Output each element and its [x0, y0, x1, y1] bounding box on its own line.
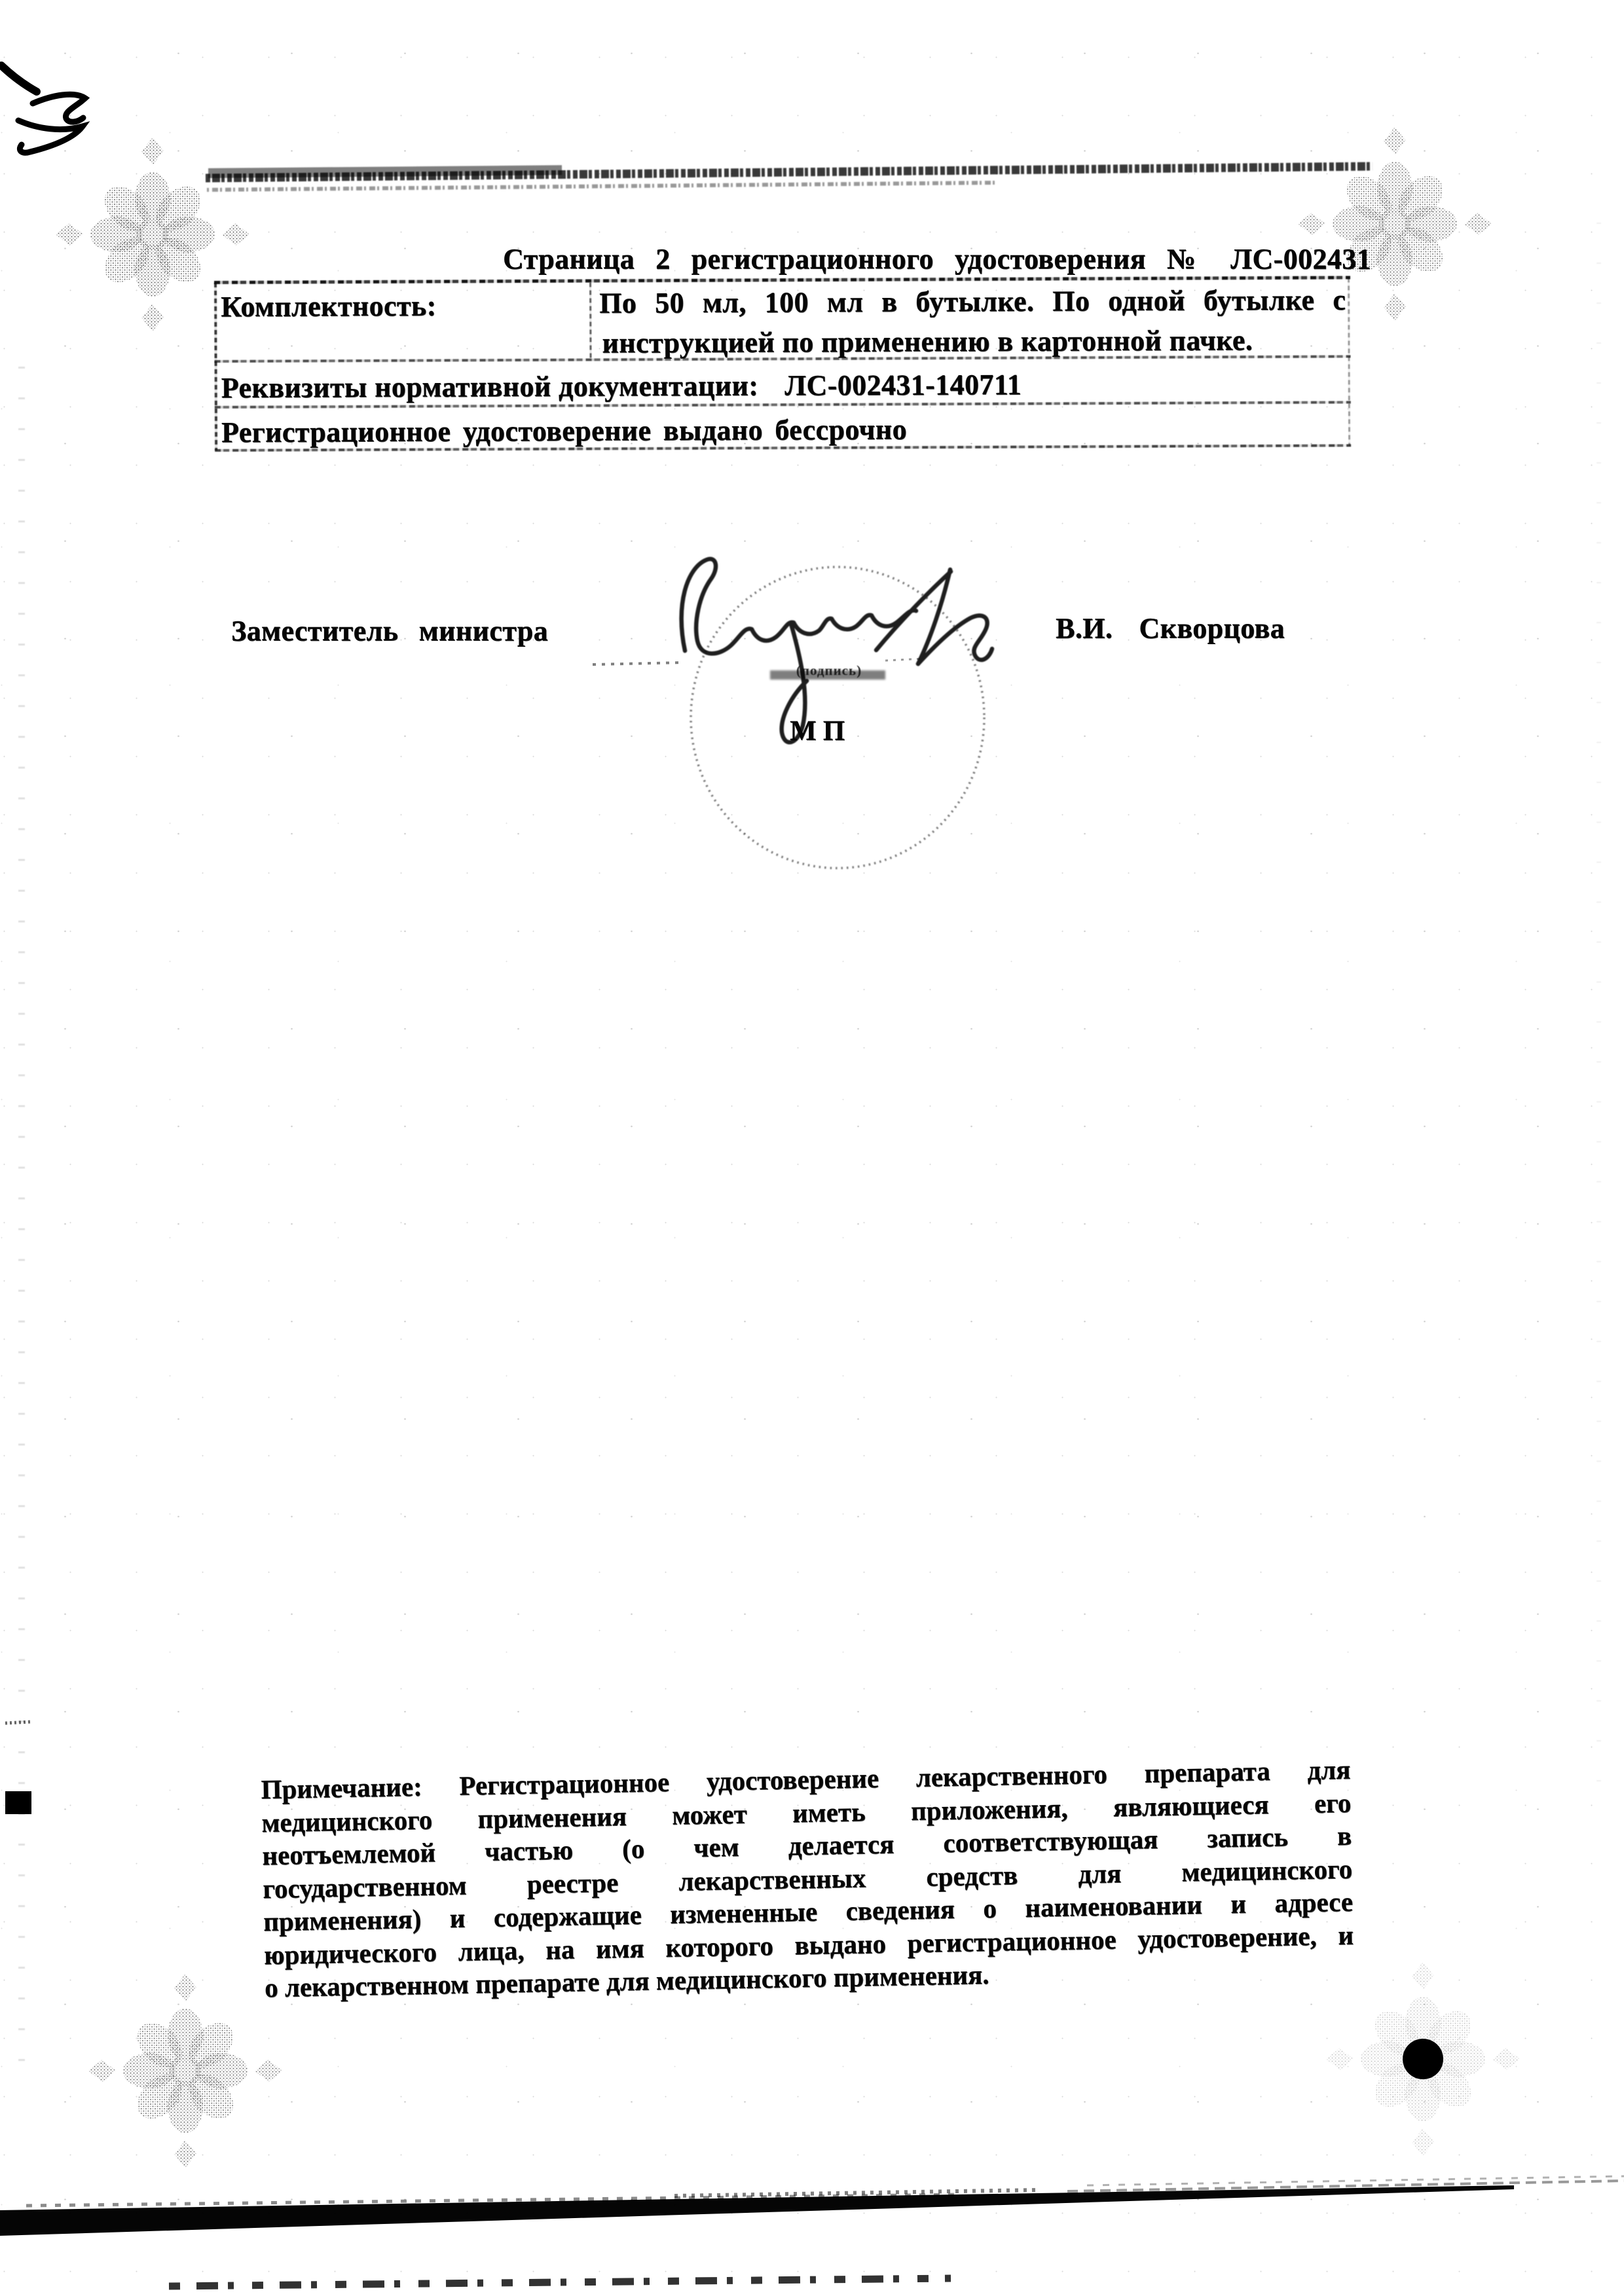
- row-validity-emphasis: бессрочно: [775, 413, 907, 446]
- row-normdocs: Реквизиты нормативной документации:ЛС-00…: [221, 368, 1022, 405]
- rosette-bottom-right-icon: [1326, 1962, 1520, 2156]
- table-border-right: [1348, 278, 1350, 445]
- signer-name: В.И. Скворцова: [1056, 611, 1285, 645]
- note-paragraph: Примечание: Регистрационное удостоверени…: [261, 1753, 1354, 2005]
- scanner-edge-noise-right: [1596, 223, 1601, 1794]
- top-smudge-rule: [206, 165, 1373, 190]
- row-normdocs-value: ЛС-002431-140711: [784, 369, 1022, 402]
- page-header: Страница 2 регистрационного удостоверени…: [503, 242, 1371, 276]
- certificate-table: Комплектность: По 50 мл, 100 мл в бутылк…: [214, 276, 1351, 452]
- row-completeness-value-line2: инструкцией по применению в картонной па…: [602, 323, 1253, 359]
- row-validity-text: Регистрационное удостоверение выдано: [221, 414, 763, 448]
- signature-caption: (подпись): [766, 663, 892, 679]
- table-column-divider: [589, 282, 592, 358]
- rosette-bottom-left-icon: [88, 1974, 282, 2168]
- black-dot-mark: [1403, 2039, 1443, 2079]
- bottom-scan-artifacts: [0, 2176, 1624, 2286]
- scanner-edge-noise-left: [18, 367, 25, 2069]
- row-normdocs-label: Реквизиты нормативной документации:: [221, 369, 759, 404]
- stamp-mp-letters: МП: [790, 715, 851, 747]
- margin-dash-mark: [5, 1722, 30, 1723]
- row-completeness-value-line1: По 50 мл, 100 мл в бутылке. По одной бут…: [599, 283, 1346, 319]
- pen-scribble-icon: [1, 65, 85, 153]
- row-completeness-label: Комплектность:: [221, 289, 437, 323]
- table-border-top: [214, 276, 1350, 284]
- deputy-minister-title: Заместитель министра: [231, 614, 548, 647]
- row-validity: Регистрационное удостоверение выдано бес…: [221, 412, 907, 449]
- note-label: Примечание:: [261, 1771, 422, 1804]
- table-border-left: [214, 283, 217, 450]
